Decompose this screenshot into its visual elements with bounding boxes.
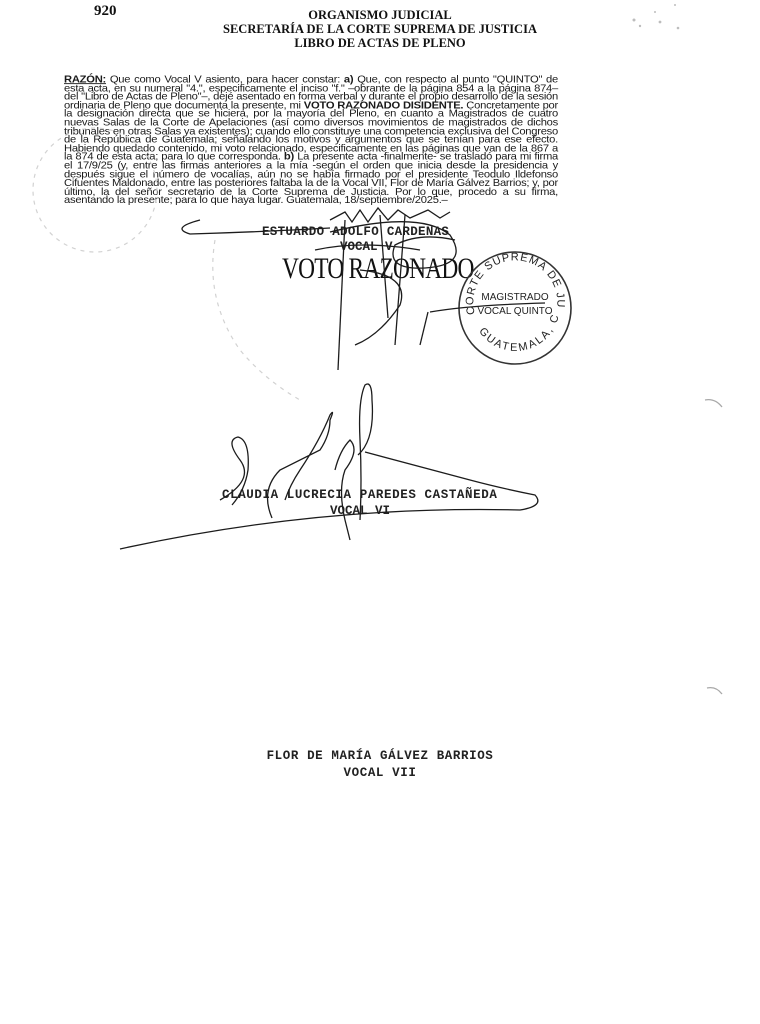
edge-marks bbox=[705, 400, 722, 694]
corner-specks bbox=[633, 4, 680, 29]
signature-vocal-vi bbox=[120, 384, 538, 549]
header-line-organismo: ORGANISMO JUDICIAL bbox=[200, 8, 560, 22]
seal-center-magistrado: MAGISTRADO bbox=[455, 292, 575, 303]
header-line-libro: LIBRO DE ACTAS DE PLENO bbox=[200, 36, 560, 50]
signature-name-vocal-v: ESTUARDO ADOLFO CARDENAS bbox=[262, 225, 449, 239]
page-number: 920 bbox=[94, 3, 117, 20]
razon-text-4: La presente acta -finalmente- se traslad… bbox=[64, 152, 558, 206]
signature-name-vocal-vii: FLOR DE MARÍA GÁLVEZ BARRIOS bbox=[0, 749, 760, 763]
voto-razonado-stamp: VOTO RAZONADO bbox=[282, 252, 474, 286]
signature-role-vocal-vi: VOCAL VI bbox=[330, 504, 390, 518]
official-seal: CORTE SUPREMA DE JUSTICIA GUATEMALA, C.A… bbox=[455, 248, 575, 368]
header-line-secretaria: SECRETARÍA DE LA CORTE SUPREMA DE JUSTIC… bbox=[200, 22, 560, 36]
signature-name-vocal-vi: CLAUDIA LUCRECIA PAREDES CASTAÑEDA bbox=[222, 488, 497, 502]
document-header: ORGANISMO JUDICIAL SECRETARÍA DE LA CORT… bbox=[200, 8, 560, 50]
seal-center-vocal: VOCAL QUINTO bbox=[455, 306, 575, 317]
signature-role-vocal-vii: VOCAL VII bbox=[0, 766, 760, 780]
razon-paragraph: RAZÓN: Que como Vocal V asiento, para ha… bbox=[64, 76, 558, 206]
